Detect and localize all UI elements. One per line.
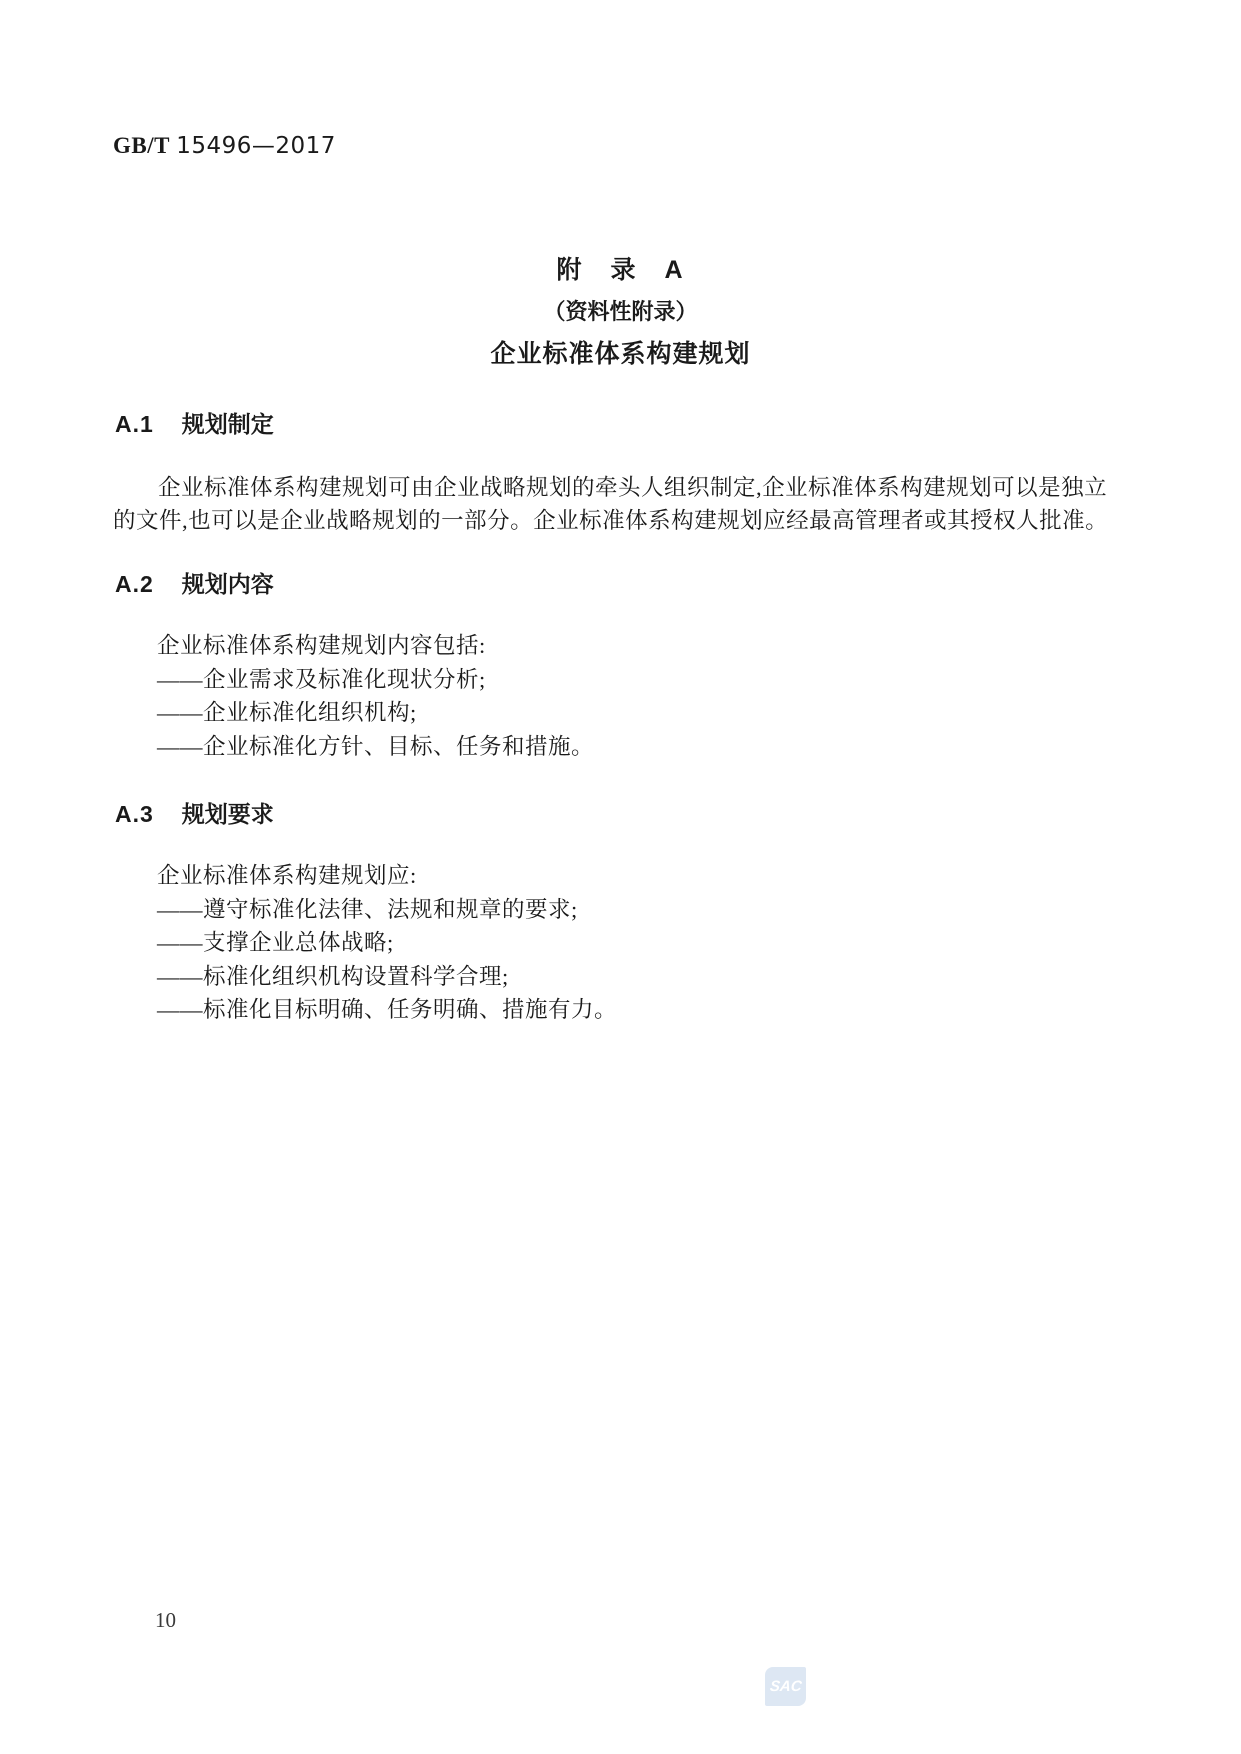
- section-a3-content: 企业标准体系构建规划应: ——遵守标准化法律、法规和规章的要求; ——支撑企业总…: [157, 859, 617, 1027]
- standard-number: 15496—2017: [176, 133, 336, 159]
- section-a2-content: 企业标准体系构建规划内容包括: ——企业需求及标准化现状分析; ——企业标准化组…: [157, 629, 594, 763]
- standard-code: GB/T: [113, 133, 170, 158]
- section-heading-a1: A.1规划制定: [115, 406, 274, 439]
- appendix-subtitle: （资料性附录）: [0, 295, 1241, 326]
- section-title: 规划制定: [182, 411, 274, 437]
- page-number: 10: [155, 1608, 176, 1633]
- paragraph-line: 企业标准体系构建规划可由企业战略规划的牵头人组织制定,企业标准体系构建规划可以是…: [113, 471, 1131, 504]
- list-item: ——支撑企业总体战略;: [157, 926, 617, 960]
- appendix-title-block: 附 录 A （资料性附录） 企业标准体系构建规划: [0, 250, 1241, 370]
- sac-logo: SAC: [765, 1667, 806, 1706]
- sac-logo-text: SAC: [769, 1678, 802, 1695]
- section-heading-a2: A.2规划内容: [115, 566, 274, 599]
- list-item: ——企业标准化组织机构;: [157, 696, 594, 730]
- list-intro: 企业标准体系构建规划内容包括:: [157, 629, 594, 663]
- section-number: A.2: [115, 571, 154, 597]
- section-number: A.1: [115, 411, 154, 437]
- section-a1-paragraph: 企业标准体系构建规划可由企业战略规划的牵头人组织制定,企业标准体系构建规划可以是…: [113, 471, 1131, 537]
- paragraph-line: 的文件,也可以是企业战略规划的一部分。企业标准体系构建规划应经最高管理者或其授权…: [113, 504, 1131, 537]
- section-title: 规划内容: [182, 571, 274, 597]
- list-item: ——遵守标准化法律、法规和规章的要求;: [157, 893, 617, 927]
- list-item: ——标准化组织机构设置科学合理;: [157, 960, 617, 994]
- section-title: 规划要求: [182, 801, 274, 827]
- section-number: A.3: [115, 801, 154, 827]
- standard-header: GB/T 15496—2017: [113, 133, 336, 159]
- appendix-topic-title: 企业标准体系构建规划: [0, 334, 1241, 370]
- section-heading-a3: A.3规划要求: [115, 796, 274, 829]
- list-item: ——标准化目标明确、任务明确、措施有力。: [157, 993, 617, 1027]
- list-item: ——企业标准化方针、目标、任务和措施。: [157, 730, 594, 764]
- list-intro: 企业标准体系构建规划应:: [157, 859, 617, 893]
- document-page: GB/T 15496—2017 附 录 A （资料性附录） 企业标准体系构建规划…: [0, 0, 1241, 1754]
- appendix-title: 附 录 A: [0, 250, 1241, 286]
- list-item: ——企业需求及标准化现状分析;: [157, 663, 594, 697]
